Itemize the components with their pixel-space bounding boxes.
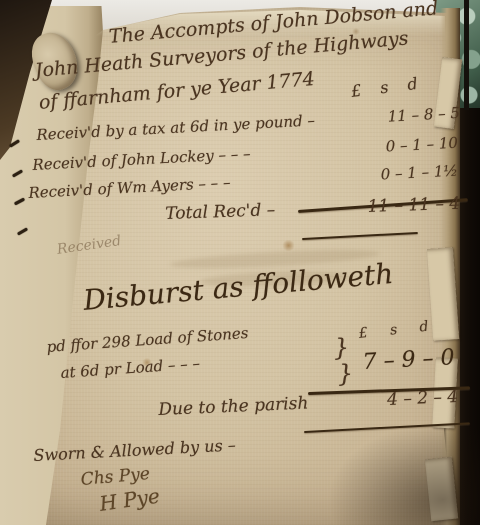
total-label: Total Rec'd – (165, 200, 276, 224)
receipt-amount: 11 – 8 – 5 (387, 104, 460, 126)
disbursement-amount: 7 – 9 – 0 (362, 345, 455, 375)
corner-shadow (330, 425, 480, 525)
brace-icon: } (337, 359, 354, 388)
manuscript-photo: The Accompts of John Dobson and John Hea… (0, 0, 480, 525)
total-amount: 11 – 11 – 4 (367, 194, 460, 217)
balance-amount: 4 – 2 – 4 (387, 387, 459, 410)
window-frame-edge (464, 0, 469, 110)
receipt-amount: 0 – 1 – 10 (385, 134, 458, 156)
brace-icon: } (333, 333, 350, 362)
ink-stain (282, 240, 295, 251)
